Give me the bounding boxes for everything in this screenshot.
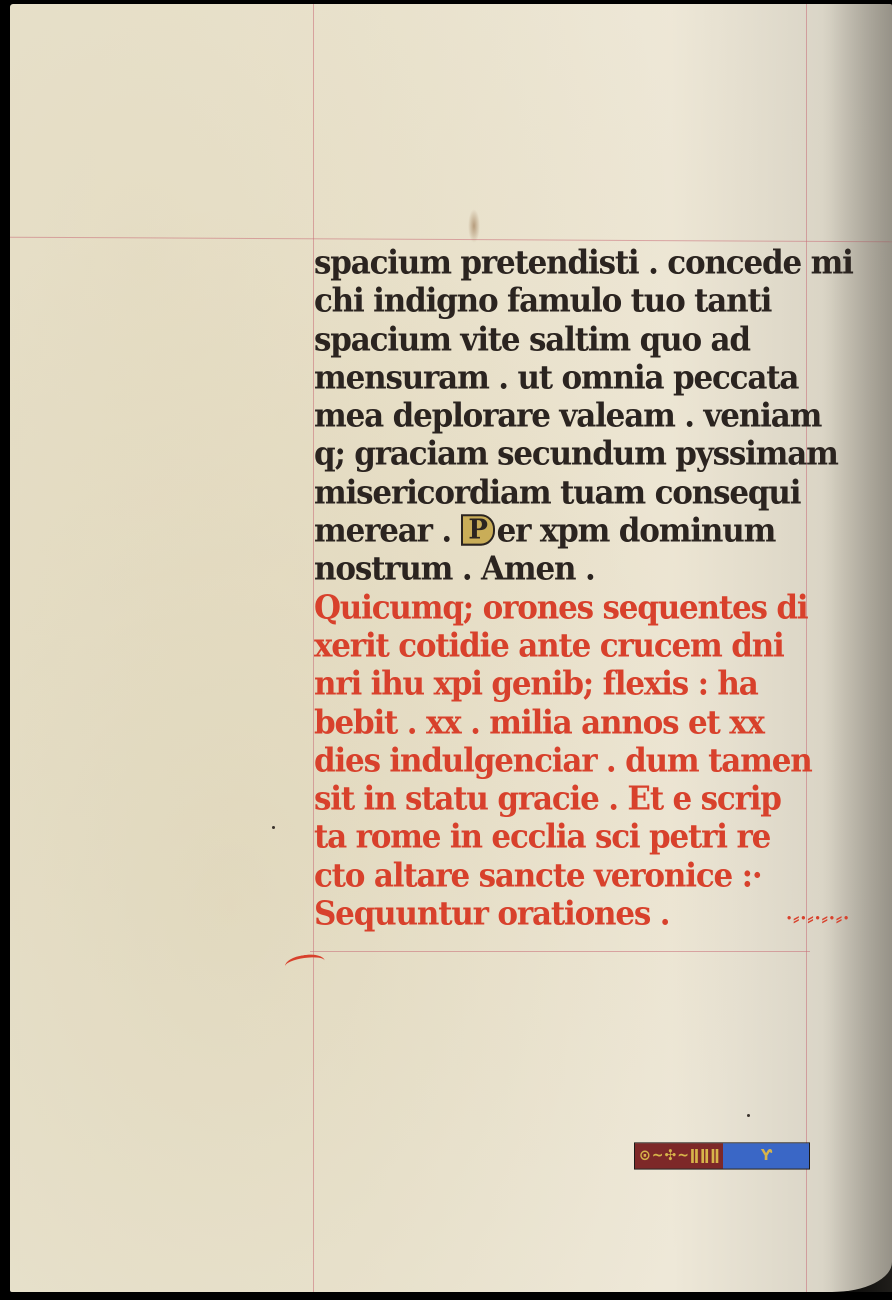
line-filler-blue-segment: Ƴ [723, 1144, 809, 1169]
rubric-line: cto altare sancte veronice :· [314, 856, 814, 896]
pen-flourish-decoration: ·⸗·⸗·⸗·⸗· [786, 899, 850, 939]
text-fragment: er xpm dominum [497, 512, 776, 550]
text-block: spacium pretendisti . concede mi chi ind… [314, 244, 814, 933]
text-line: mea deplorare valeam . veniam [314, 396, 814, 436]
ruling-line-bottom [310, 951, 810, 952]
text-line: merear . Per xpm dominum [314, 511, 814, 551]
text-line: misericordiam tuam consequi [314, 473, 814, 513]
rubric-line: bebit . xx . milia annos et xx [314, 703, 814, 743]
rubric-line: dies indulgenciar . dum tamen [314, 741, 814, 781]
ink-dot [272, 826, 275, 829]
ruling-line-top [10, 237, 892, 243]
line-filler-decoration: ⊙~✣~ǁǁǁ Ƴ [634, 1143, 810, 1170]
text-line: spacium vite saltim quo ad [314, 320, 814, 360]
ink-dot [747, 1114, 750, 1117]
line-filler-red-segment: ⊙~✣~ǁǁǁ [635, 1144, 723, 1169]
text-line: nostrum . Amen . ⊙~✣~ǁǁǁ Ƴ [314, 549, 814, 589]
rubric-line: ta rome in ecclia sci petri re [314, 817, 814, 857]
text-fragment: nostrum . Amen . [314, 550, 595, 588]
text-line: mensuram . ut omnia peccata [314, 358, 814, 398]
stain-mark [468, 209, 480, 243]
text-line: chi indigno famulo tuo tanti [314, 281, 814, 321]
rubric-line: nri ihu xpi genib; flexis : ha [314, 664, 814, 704]
text-fragment: merear . [314, 512, 461, 550]
rubric-line: sit in statu gracie . Et e scrip [314, 779, 814, 819]
rubric-line: xerit cotidie ante crucem dni [314, 626, 814, 666]
rubric-line: Quicumq; orones sequentes di [314, 588, 814, 628]
rubric-line: Sequuntur orationes . ·⸗·⸗·⸗·⸗· [314, 894, 814, 934]
gilded-initial-p: P [461, 514, 495, 546]
text-line: spacium pretendisti . concede mi [314, 243, 814, 283]
rubric-heading: Sequuntur orationes . [314, 895, 669, 933]
text-line: q; graciam secundum pyssimam [314, 435, 814, 475]
